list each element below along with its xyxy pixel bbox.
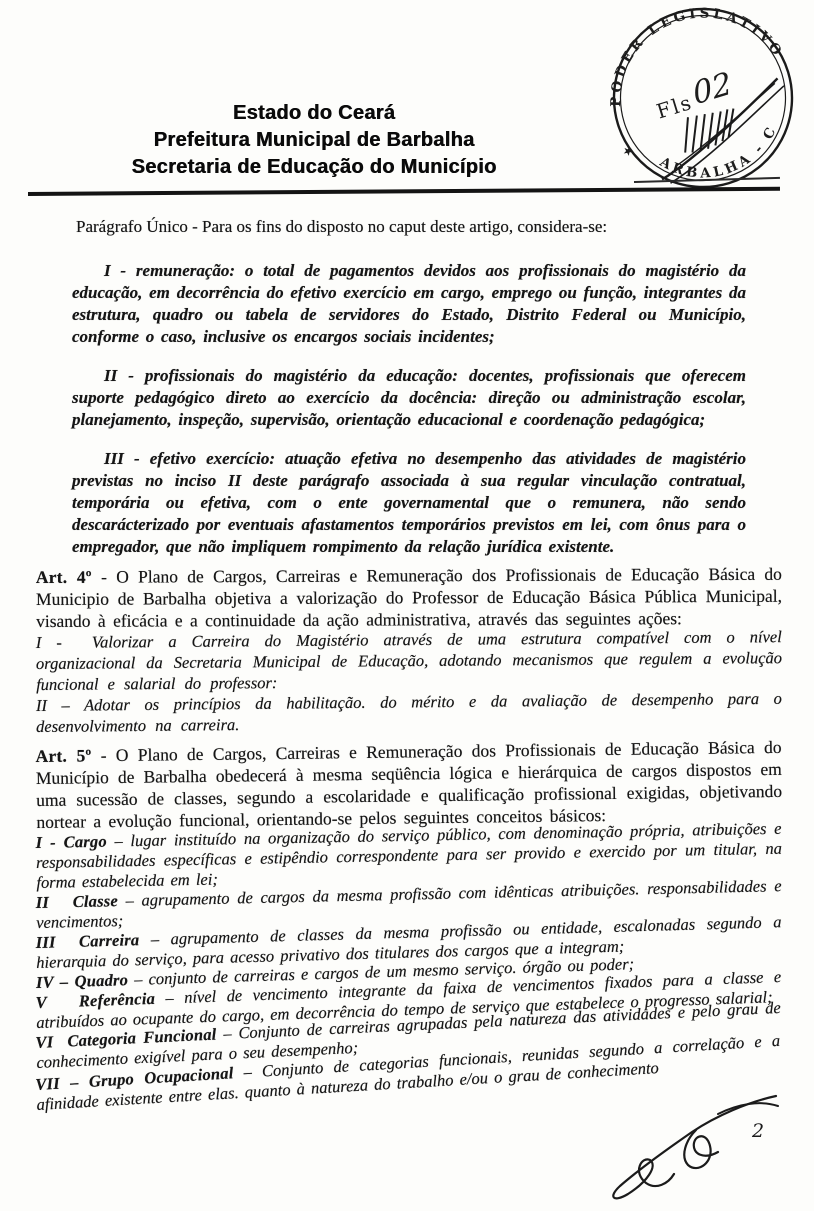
conceito-termo: Carreira	[79, 930, 140, 951]
inciso-i-remuneracao: I - remuneração: o total de pagamentos d…	[72, 260, 746, 348]
conceito-termo: Referência	[78, 989, 155, 1011]
signature-scribble	[598, 1086, 793, 1204]
conceito-termo: Quadro	[74, 970, 128, 991]
conceito-num: II	[36, 892, 73, 912]
artigo-4: Art. 4º - O Plano de Cargos, Carreiras e…	[36, 563, 782, 632]
conceito-termo: Cargo	[63, 832, 107, 852]
artigo-4-item-i: I - Valorizar a Carreira do Magistério a…	[36, 626, 782, 695]
conceito-termo: Classe	[72, 891, 118, 911]
conceito-num: VI	[35, 1032, 68, 1052]
letterhead-department: Secretaria de Educação do Município	[0, 154, 628, 181]
conceito-num: III	[35, 932, 79, 952]
artigo-5-label: Art. 5º	[35, 745, 91, 766]
stamp-folio-number: 02	[690, 65, 735, 112]
conceito-num: VII –	[35, 1072, 90, 1094]
artigo-4-text: - O Plano de Cargos, Carreiras e Remuner…	[36, 564, 782, 631]
legislative-stamp-icon: PODER LEGISLATIVO BARBALHA - CE ★ Fls 02	[600, 5, 806, 191]
artigo-5-text: - O Plano de Cargos, Carreiras e Remuner…	[36, 737, 782, 832]
inciso-iii-efetivo-exercicio: III - efetivo exercício: atuação efetiva…	[72, 448, 746, 558]
conceito-num: V	[35, 992, 79, 1012]
letterhead-state: Estado do Ceará	[0, 100, 628, 127]
letterhead: Estado do Ceará Prefeitura Municipal de …	[0, 100, 628, 181]
stamp-star-icon: ★	[619, 142, 637, 159]
paragrafo-unico: Parágrafo Único - Para os fins do dispos…	[36, 216, 782, 238]
scanned-document-page: Estado do Ceará Prefeitura Municipal de …	[0, 0, 814, 1211]
stamp-fls-label: Fls	[654, 90, 696, 124]
page-number: 2	[752, 1120, 764, 1142]
letterhead-municipality: Prefeitura Municipal de Barbalha	[0, 127, 628, 154]
conceito-num: I -	[35, 832, 63, 852]
header-rule	[28, 187, 780, 196]
document-body: Parágrafo Único - Para os fins do dispos…	[36, 216, 782, 1115]
artigo-5: Art. 5º - O Plano de Cargos, Carreiras e…	[35, 736, 782, 833]
artigo-4-item-ii: II – Adotar os princípios da habilitação…	[36, 688, 782, 737]
artigo-4-label: Art. 4º	[36, 567, 92, 587]
inciso-ii-profissionais-magisterio: II - profissionais do magistério da educ…	[72, 365, 746, 431]
conceito-num: IV –	[36, 972, 75, 992]
